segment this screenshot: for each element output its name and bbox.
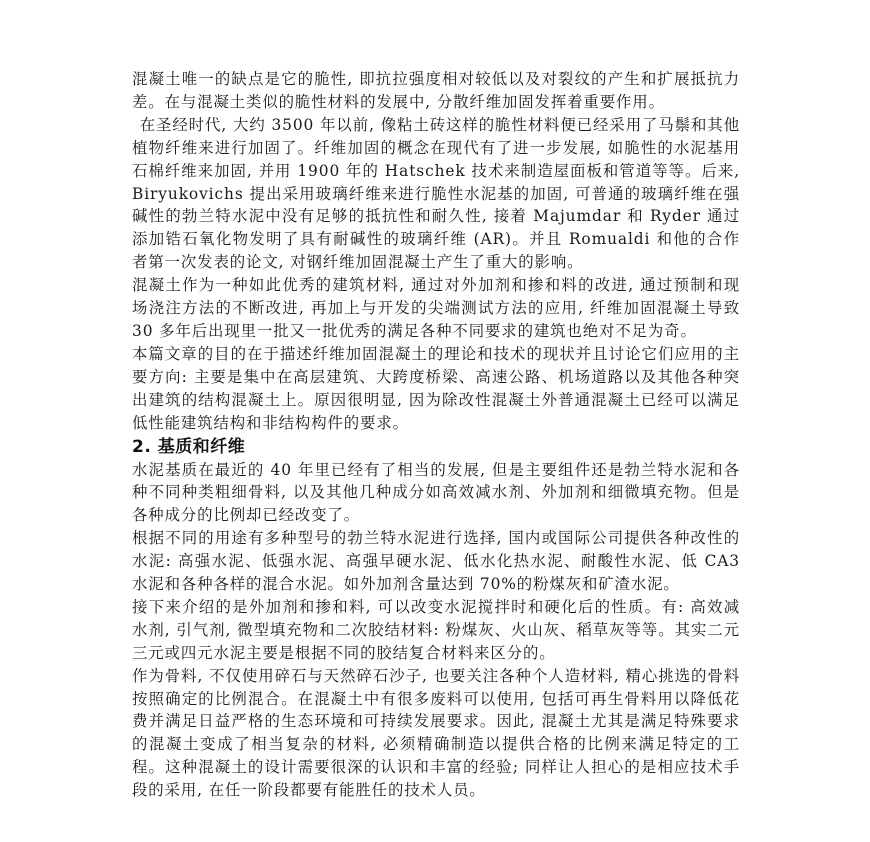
paragraph-matrix: 水泥基质在最近的 40 年里已经有了相当的发展, 但是主要组件还是勃兰特水泥和各… [132,459,740,528]
paragraph-admixtures: 接下来介绍的是外加剂和掺和料, 可以改变水泥搅拌时和硬化后的性质。有: 高效减水… [132,596,740,665]
paragraph-purpose: 本篇文章的目的在于描述纤维加固混凝土的理论和技术的现状并且讨论它们应用的主要方向… [132,343,740,435]
section-heading: 2. 基质和纤维 [132,435,740,459]
paragraph-cement-types: 根据不同的用途有多种型号的勃兰特水泥进行选择, 国内或国际公司提供各种改性的水泥… [132,527,740,596]
paragraph-brittleness: 混凝土唯一的缺点是它的脆性, 即抗拉强度相对较低以及对裂纹的产生和扩展抵抗力差。… [132,68,740,114]
paragraph-history: 在圣经时代, 大约 3500 年以前, 像粘土砖这样的脆性材料便已经采用了马鬃和… [132,114,740,274]
document-page: 混凝土唯一的缺点是它的脆性, 即抗拉强度相对较低以及对裂纹的产生和扩展抵抗力差。… [132,68,740,802]
paragraph-development: 混凝土作为一种如此优秀的建筑材料, 通过对外加剂和掺和料的改进, 通过预制和现场… [132,274,740,343]
paragraph-aggregates: 作为骨料, 不仅使用碎石与天然碎石沙子, 也要关注各种个人造材料, 精心挑选的骨… [132,665,740,802]
